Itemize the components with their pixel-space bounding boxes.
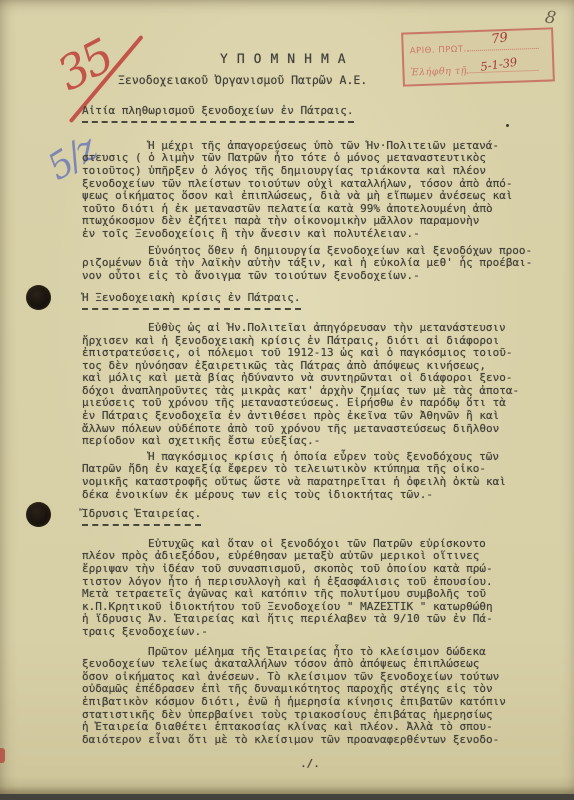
stamp-protocol-number: 79 xyxy=(490,30,508,47)
continuation-mark: ./. xyxy=(82,758,538,771)
paragraph-3: Εὐθὺς ὡς αἱ Ἡν.Πολιτεῖαι ἀπηγόρευσαν τὴν… xyxy=(82,322,538,448)
page-number-note: 8 xyxy=(544,7,558,28)
document-subtitle: Ξενοδοχειακοῦ Ὀργανισμοῦ Πατρῶν Α.Ε. xyxy=(118,74,538,87)
typed-content: ΥΠΟΜΝΗΜΑ Ξενοδοχειακοῦ Ὀργανισμοῦ Πατρῶν… xyxy=(82,54,538,771)
section-heading-crisis: Ἡ Ξενοδοχειακὴ κρίσις ἐν Πάτραις. xyxy=(82,292,538,310)
section-heading-causes: Αἰτία πληθωρισμοῦ ξενοδοχείων ἐν Πάτραις… xyxy=(82,105,538,123)
paper-bottom-edge-shadow xyxy=(0,786,574,794)
paragraph-4: Ἡ παγκόσμιος κρίσις ἡ ὁποία εὗρεν τοὺς ξ… xyxy=(82,451,538,501)
document-title: ΥΠΟΜΝΗΜΑ xyxy=(220,54,538,67)
paragraph-2: Εὐνόητος ὅθεν ἡ δημιουργία ξενοδοχείων κ… xyxy=(82,245,538,283)
scanned-document-page: 8 ΑΡΙΘ. ΠΡΩΤ. 79 Ἐλήφθη τῇ 5-1-39 35 5/z… xyxy=(0,0,574,800)
red-edge-mark xyxy=(0,748,5,763)
paragraph-5: Εὐτυχῶς καὶ ὅταν οἱ ξενοδόχοι τῶν Πατρῶν… xyxy=(82,538,538,639)
paragraph-6: Πρῶτον μέλημα τῆς Ἑταιρείας ἦτο τὸ κλείσ… xyxy=(82,646,538,747)
section-heading-founding: Ἴδρυσις Ἑταιρείας. xyxy=(82,508,538,526)
punch-hole-top xyxy=(26,285,51,310)
paragraph-1: Ἡ μέχρι τῆς ἀπαγορεύσεως ὑπὸ τῶν Ἡν·Πολι… xyxy=(82,140,538,241)
punch-hole-bottom xyxy=(26,502,51,527)
scan-edge-strip xyxy=(0,794,574,800)
